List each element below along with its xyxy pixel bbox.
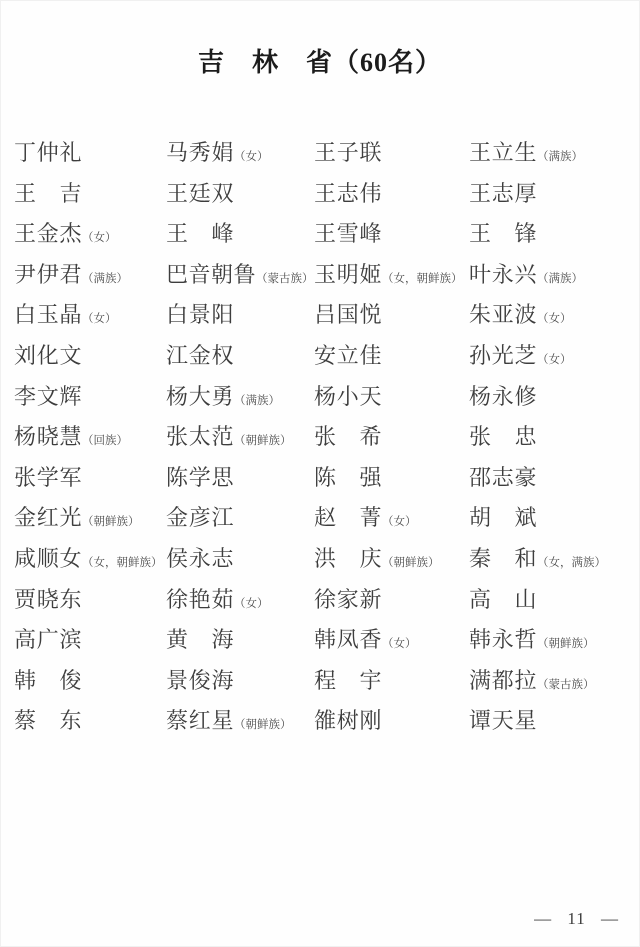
person-note: （女） bbox=[82, 313, 117, 325]
person-entry: 丁仲礼 bbox=[14, 140, 166, 181]
person-name: 丁仲礼 bbox=[14, 140, 82, 165]
person-name: 满都拉 bbox=[469, 668, 537, 693]
person-entry: 张太范（朝鲜族） bbox=[166, 424, 314, 465]
person-note: （女） bbox=[234, 598, 269, 610]
person-name: 尹伊君 bbox=[14, 262, 82, 287]
person-note: （女） bbox=[234, 151, 269, 163]
person-name: 王峰 bbox=[166, 221, 234, 246]
person-entry: 邵志豪 bbox=[469, 465, 628, 506]
person-name: 刘化文 bbox=[14, 343, 82, 368]
person-entry: 王立生（满族） bbox=[469, 140, 628, 181]
name-list: 丁仲礼马秀娟（女）王子联王立生（满族）王吉王廷双王志伟王志厚王金杰（女）王峰王雪… bbox=[14, 140, 628, 749]
person-note: （蒙古族） bbox=[256, 273, 314, 285]
person-entry: 洪庆（朝鲜族） bbox=[314, 546, 469, 587]
person-name: 白玉晶 bbox=[14, 302, 82, 327]
person-name: 黄海 bbox=[166, 627, 234, 652]
person-entry: 王廷双 bbox=[166, 181, 314, 222]
person-note: （朝鲜族） bbox=[382, 557, 440, 569]
person-entry: 杨永修 bbox=[469, 384, 628, 425]
person-entry: 王雪峰 bbox=[314, 221, 469, 262]
person-note: （女，朝鲜族） bbox=[82, 557, 163, 569]
person-name: 王吉 bbox=[14, 181, 82, 206]
person-name: 咸顺女 bbox=[14, 546, 82, 571]
person-entry: 王志伟 bbox=[314, 181, 469, 222]
person-name: 张希 bbox=[314, 424, 382, 449]
person-entry: 金彦江 bbox=[166, 505, 314, 546]
person-name: 杨永修 bbox=[469, 384, 537, 409]
person-note: （满族） bbox=[234, 395, 280, 407]
person-name: 蔡红星 bbox=[166, 708, 234, 733]
person-name: 杨晓慧 bbox=[14, 424, 82, 449]
person-note: （女，满族） bbox=[537, 557, 606, 569]
person-name: 谭天星 bbox=[469, 708, 537, 733]
person-entry: 徐艳茹（女） bbox=[166, 587, 314, 628]
person-entry: 陈强 bbox=[314, 465, 469, 506]
person-name: 王志伟 bbox=[314, 181, 382, 206]
person-name: 高广滨 bbox=[14, 627, 82, 652]
person-entry: 胡斌 bbox=[469, 505, 628, 546]
person-note: （女） bbox=[537, 313, 572, 325]
person-entry: 马秀娟（女） bbox=[166, 140, 314, 181]
person-name: 孙光芝 bbox=[469, 343, 537, 368]
person-name: 叶永兴 bbox=[469, 262, 537, 287]
person-note: （满族） bbox=[537, 273, 583, 285]
person-name: 金红光 bbox=[14, 505, 82, 530]
person-entry: 王峰 bbox=[166, 221, 314, 262]
person-name: 王金杰 bbox=[14, 221, 82, 246]
person-name: 程宇 bbox=[314, 668, 382, 693]
person-name: 秦和 bbox=[469, 546, 537, 571]
person-entry: 谭天星 bbox=[469, 708, 628, 749]
person-entry: 陈学思 bbox=[166, 465, 314, 506]
person-note: （女） bbox=[537, 354, 572, 366]
person-entry: 叶永兴（满族） bbox=[469, 262, 628, 303]
person-entry: 贾晓东 bbox=[14, 587, 166, 628]
person-note: （朝鲜族） bbox=[82, 516, 140, 528]
person-entry: 韩永哲（朝鲜族） bbox=[469, 627, 628, 668]
person-name: 吕国悦 bbox=[314, 302, 382, 327]
person-entry: 玉明姬（女，朝鲜族） bbox=[314, 262, 469, 303]
person-entry: 王锋 bbox=[469, 221, 628, 262]
person-name: 徐家新 bbox=[314, 587, 382, 612]
person-entry: 巴音朝鲁（蒙古族） bbox=[166, 262, 314, 303]
person-entry: 高广滨 bbox=[14, 627, 166, 668]
person-name: 王立生 bbox=[469, 140, 537, 165]
person-name: 王子联 bbox=[314, 140, 382, 165]
person-name: 江金权 bbox=[166, 343, 234, 368]
person-entry: 吕国悦 bbox=[314, 302, 469, 343]
person-name: 徐艳茹 bbox=[166, 587, 234, 612]
person-name: 王锋 bbox=[469, 221, 537, 246]
person-note: （朝鲜族） bbox=[537, 638, 595, 650]
person-entry: 王志厚 bbox=[469, 181, 628, 222]
person-entry: 张希 bbox=[314, 424, 469, 465]
person-entry: 白玉晶（女） bbox=[14, 302, 166, 343]
person-entry: 安立佳 bbox=[314, 343, 469, 384]
person-entry: 江金权 bbox=[166, 343, 314, 384]
person-name: 韩凤香 bbox=[314, 627, 382, 652]
person-name: 杨大勇 bbox=[166, 384, 234, 409]
person-name: 高山 bbox=[469, 587, 537, 612]
person-name: 玉明姬 bbox=[314, 262, 382, 287]
page-number: — 11 — bbox=[534, 907, 619, 931]
person-entry: 孙光芝（女） bbox=[469, 343, 628, 384]
person-entry: 韩俊 bbox=[14, 668, 166, 709]
person-name: 蔡东 bbox=[14, 708, 82, 733]
person-entry: 咸顺女（女，朝鲜族） bbox=[14, 546, 166, 587]
person-name: 洪庆 bbox=[314, 546, 382, 571]
person-entry: 黄海 bbox=[166, 627, 314, 668]
person-name: 张学军 bbox=[14, 465, 82, 490]
person-name: 胡斌 bbox=[469, 505, 537, 530]
person-name: 邵志豪 bbox=[469, 465, 537, 490]
person-entry: 刘化文 bbox=[14, 343, 166, 384]
person-name: 王雪峰 bbox=[314, 221, 382, 246]
person-entry: 张学军 bbox=[14, 465, 166, 506]
person-name: 陈强 bbox=[314, 465, 382, 490]
person-entry: 雒树刚 bbox=[314, 708, 469, 749]
person-entry: 金红光（朝鲜族） bbox=[14, 505, 166, 546]
person-name: 张忠 bbox=[469, 424, 537, 449]
person-name: 韩永哲 bbox=[469, 627, 537, 652]
person-entry: 杨小天 bbox=[314, 384, 469, 425]
person-note: （蒙古族） bbox=[537, 679, 595, 691]
person-entry: 王金杰（女） bbox=[14, 221, 166, 262]
person-name: 马秀娟 bbox=[166, 140, 234, 165]
person-entry: 尹伊君（满族） bbox=[14, 262, 166, 303]
person-note: （女） bbox=[82, 232, 117, 244]
document-page: 吉 林 省（60名） 丁仲礼马秀娟（女）王子联王立生（满族）王吉王廷双王志伟王志… bbox=[0, 0, 640, 947]
person-note: （女，朝鲜族） bbox=[382, 273, 463, 285]
person-name: 金彦江 bbox=[166, 505, 234, 530]
person-entry: 白景阳 bbox=[166, 302, 314, 343]
person-name: 侯永志 bbox=[166, 546, 234, 571]
person-name: 张太范 bbox=[166, 424, 234, 449]
person-name: 杨小天 bbox=[314, 384, 382, 409]
person-entry: 杨晓慧（回族） bbox=[14, 424, 166, 465]
person-entry: 朱亚波（女） bbox=[469, 302, 628, 343]
person-name: 白景阳 bbox=[166, 302, 234, 327]
person-name: 王志厚 bbox=[469, 181, 537, 206]
person-name: 景俊海 bbox=[166, 668, 234, 693]
person-entry: 徐家新 bbox=[314, 587, 469, 628]
person-name: 朱亚波 bbox=[469, 302, 537, 327]
person-note: （满族） bbox=[537, 151, 583, 163]
person-name: 贾晓东 bbox=[14, 587, 82, 612]
person-entry: 景俊海 bbox=[166, 668, 314, 709]
person-entry: 李文辉 bbox=[14, 384, 166, 425]
person-entry: 蔡东 bbox=[14, 708, 166, 749]
person-entry: 满都拉（蒙古族） bbox=[469, 668, 628, 709]
person-note: （女） bbox=[382, 638, 417, 650]
person-note: （满族） bbox=[82, 273, 128, 285]
person-note: （女） bbox=[382, 516, 417, 528]
person-entry: 王吉 bbox=[14, 181, 166, 222]
person-name: 陈学思 bbox=[166, 465, 234, 490]
person-note: （朝鲜族） bbox=[234, 719, 292, 731]
person-name: 李文辉 bbox=[14, 384, 82, 409]
person-entry: 赵菁（女） bbox=[314, 505, 469, 546]
person-note: （回族） bbox=[82, 435, 128, 447]
person-entry: 高山 bbox=[469, 587, 628, 628]
person-name: 雒树刚 bbox=[314, 708, 382, 733]
person-entry: 韩凤香（女） bbox=[314, 627, 469, 668]
person-name: 赵菁 bbox=[314, 505, 382, 530]
person-name: 安立佳 bbox=[314, 343, 382, 368]
person-entry: 杨大勇（满族） bbox=[166, 384, 314, 425]
person-entry: 侯永志 bbox=[166, 546, 314, 587]
person-entry: 蔡红星（朝鲜族） bbox=[166, 708, 314, 749]
person-name: 巴音朝鲁 bbox=[166, 262, 256, 287]
person-name: 韩俊 bbox=[14, 668, 82, 693]
person-entry: 王子联 bbox=[314, 140, 469, 181]
person-note: （朝鲜族） bbox=[234, 435, 292, 447]
person-name: 王廷双 bbox=[166, 181, 234, 206]
person-entry: 程宇 bbox=[314, 668, 469, 709]
person-entry: 张忠 bbox=[469, 424, 628, 465]
person-entry: 秦和（女，满族） bbox=[469, 546, 628, 587]
page-title: 吉 林 省（60名） bbox=[1, 45, 639, 81]
